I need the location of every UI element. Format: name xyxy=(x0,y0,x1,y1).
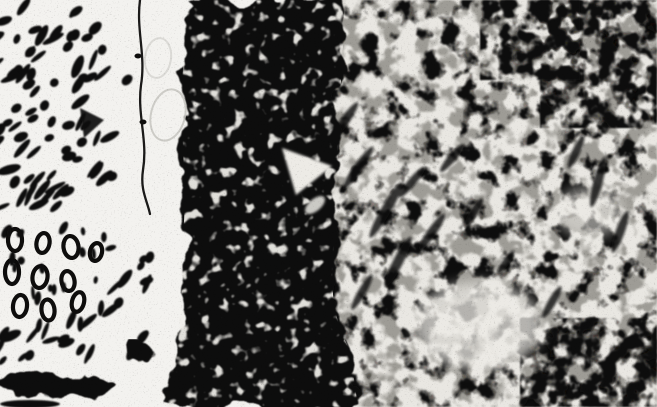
micrograph-canvas xyxy=(0,0,657,407)
halftone-grain-overlay xyxy=(0,0,657,407)
micrograph-figure xyxy=(0,0,657,407)
